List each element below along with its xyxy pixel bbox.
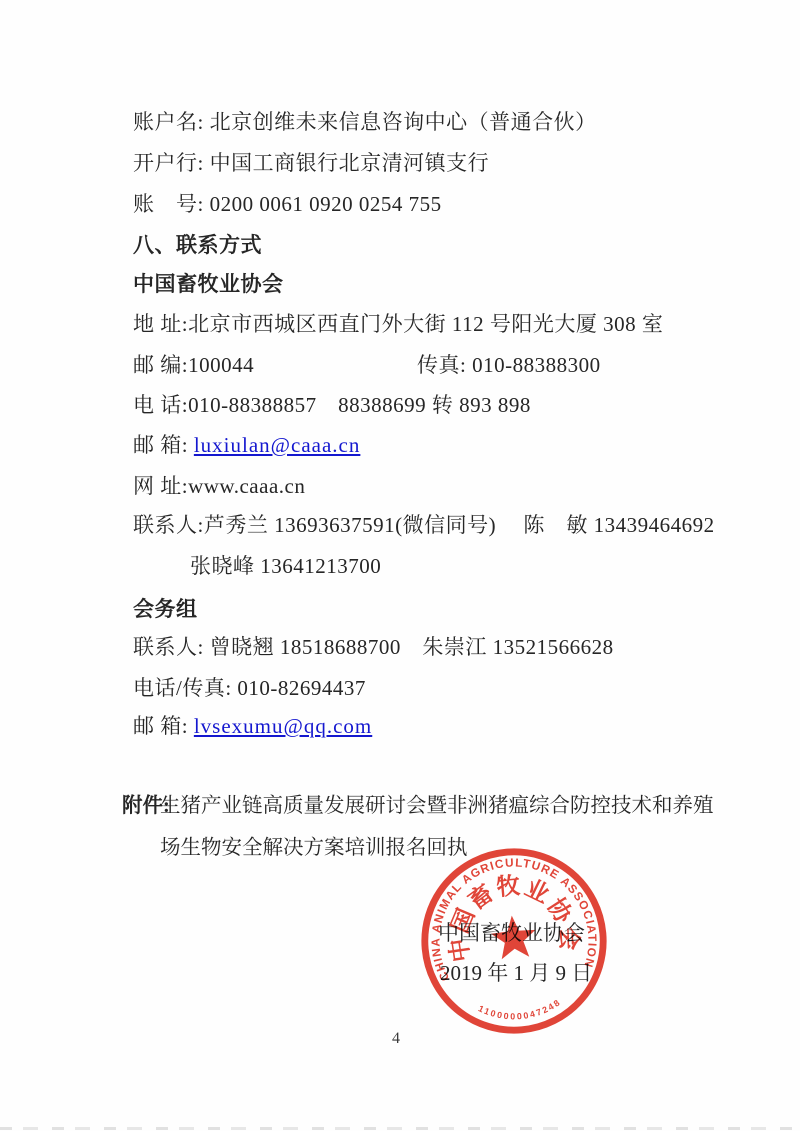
website-line: 网 址:www.caaa.cn: [133, 473, 305, 499]
attachment-block: 附件: 生猪产业链高质量发展研讨会暨非洲猪瘟综合防控技术和养殖 场生物安全解决方…: [160, 793, 714, 861]
account-name-label: 账户名:: [133, 110, 210, 134]
svg-text:1100000047248: 1100000047248: [476, 996, 564, 1025]
bank-label: 开户行:: [133, 151, 210, 175]
committee-contacts-label: 联系人:: [133, 635, 210, 659]
website-label: 网 址:: [133, 474, 188, 498]
account-name-value: 北京创维未来信息咨询中心（普通合伙）: [210, 110, 597, 134]
contacts-value-1: 芦秀兰 13693637591(微信同号) 陈 敏 13439464692: [204, 513, 715, 537]
association-email-link[interactable]: luxiulan@caaa.cn: [194, 433, 361, 457]
committee-contacts-line: 联系人: 曾晓翘 18518688700 朱崇江 13521566628: [133, 634, 614, 660]
svg-text:中国畜牧业协会: 中国畜牧业协会: [440, 867, 585, 964]
account-no-line: 账 号: 0200 0061 0920 0254 755: [133, 191, 442, 217]
fax-label: 传真:: [417, 353, 472, 377]
phone-value: 010-88388857 88388699 转 893 898: [188, 393, 531, 417]
account-no-value: 0200 0061 0920 0254 755: [210, 192, 442, 216]
phone-label: 电 话:: [133, 393, 188, 417]
committee-phonefax-line: 电话/传真: 010-82694437: [133, 675, 366, 701]
address-label: 地 址:: [133, 312, 188, 336]
fax-value: 010-88388300: [472, 353, 601, 377]
email-line-committee: 邮 箱: lvsexumu@qq.com: [133, 713, 372, 739]
contacts-line-2: 张晓峰 13641213700: [190, 553, 381, 579]
scan-artifact-edge: [0, 1127, 800, 1130]
signature-date: 2019 年 1 月 9 日: [440, 957, 592, 987]
contacts-label: 联系人:: [133, 513, 204, 537]
committee-phonefax-value: 010-82694437: [237, 676, 366, 700]
seal-chinese-text: 中国畜牧业协会: [440, 867, 585, 964]
address-line: 地 址:北京市西城区西直门外大街 112 号阳光大厦 308 室: [133, 311, 663, 337]
zip-fax-line: 邮 编:100044 传真: 010-88388300: [133, 352, 254, 378]
section-heading-contact: 八、联系方式: [133, 232, 262, 258]
committee-contacts-value: 曾晓翘 18518688700 朱崇江 13521566628: [210, 635, 614, 659]
bank-line: 开户行: 中国工商银行北京清河镇支行: [133, 150, 489, 176]
committee-email-link[interactable]: lvsexumu@qq.com: [194, 714, 372, 738]
committee-phonefax-label: 电话/传真:: [133, 676, 237, 700]
contacts-line-1: 联系人:芦秀兰 13693637591(微信同号) 陈 敏 1343946469…: [133, 512, 715, 538]
bank-value: 中国工商银行北京清河镇支行: [210, 151, 490, 175]
zip-value: 100044: [188, 353, 254, 377]
attachment-line-1: 生猪产业链高质量发展研讨会暨非洲猪瘟综合防控技术和养殖: [160, 795, 714, 817]
email-label: 邮 箱:: [133, 433, 194, 457]
account-no-label: 账 号:: [133, 192, 210, 216]
email-line-association: 邮 箱: luxiulan@caaa.cn: [133, 432, 360, 458]
zip-label: 邮 编:: [133, 353, 188, 377]
fax-part: 传真: 010-88388300: [417, 352, 601, 378]
website-value: www.caaa.cn: [188, 474, 305, 498]
page-number: 4: [0, 1030, 792, 1048]
attachment-line-2: 场生物安全解决方案培训报名回执: [160, 835, 714, 861]
section-heading-committee: 会务组: [133, 596, 198, 622]
account-name-line: 账户名: 北京创维未来信息咨询中心（普通合伙）: [133, 109, 597, 135]
attachment-label: 附件:: [122, 793, 170, 819]
signature-org: 中国畜牧业协会: [438, 917, 585, 947]
document-page: 账户名: 北京创维未来信息咨询中心（普通合伙） 开户行: 中国工商银行北京清河镇…: [0, 0, 800, 1131]
committee-email-label: 邮 箱:: [133, 714, 194, 738]
address-value: 北京市西城区西直门外大街 112 号阳光大厦 308 室: [188, 312, 663, 336]
phone-line: 电 话:010-88388857 88388699 转 893 898: [133, 392, 531, 418]
seal-serial-number: 1100000047248: [476, 996, 564, 1025]
org-name-heading: 中国畜牧业协会: [133, 271, 284, 297]
